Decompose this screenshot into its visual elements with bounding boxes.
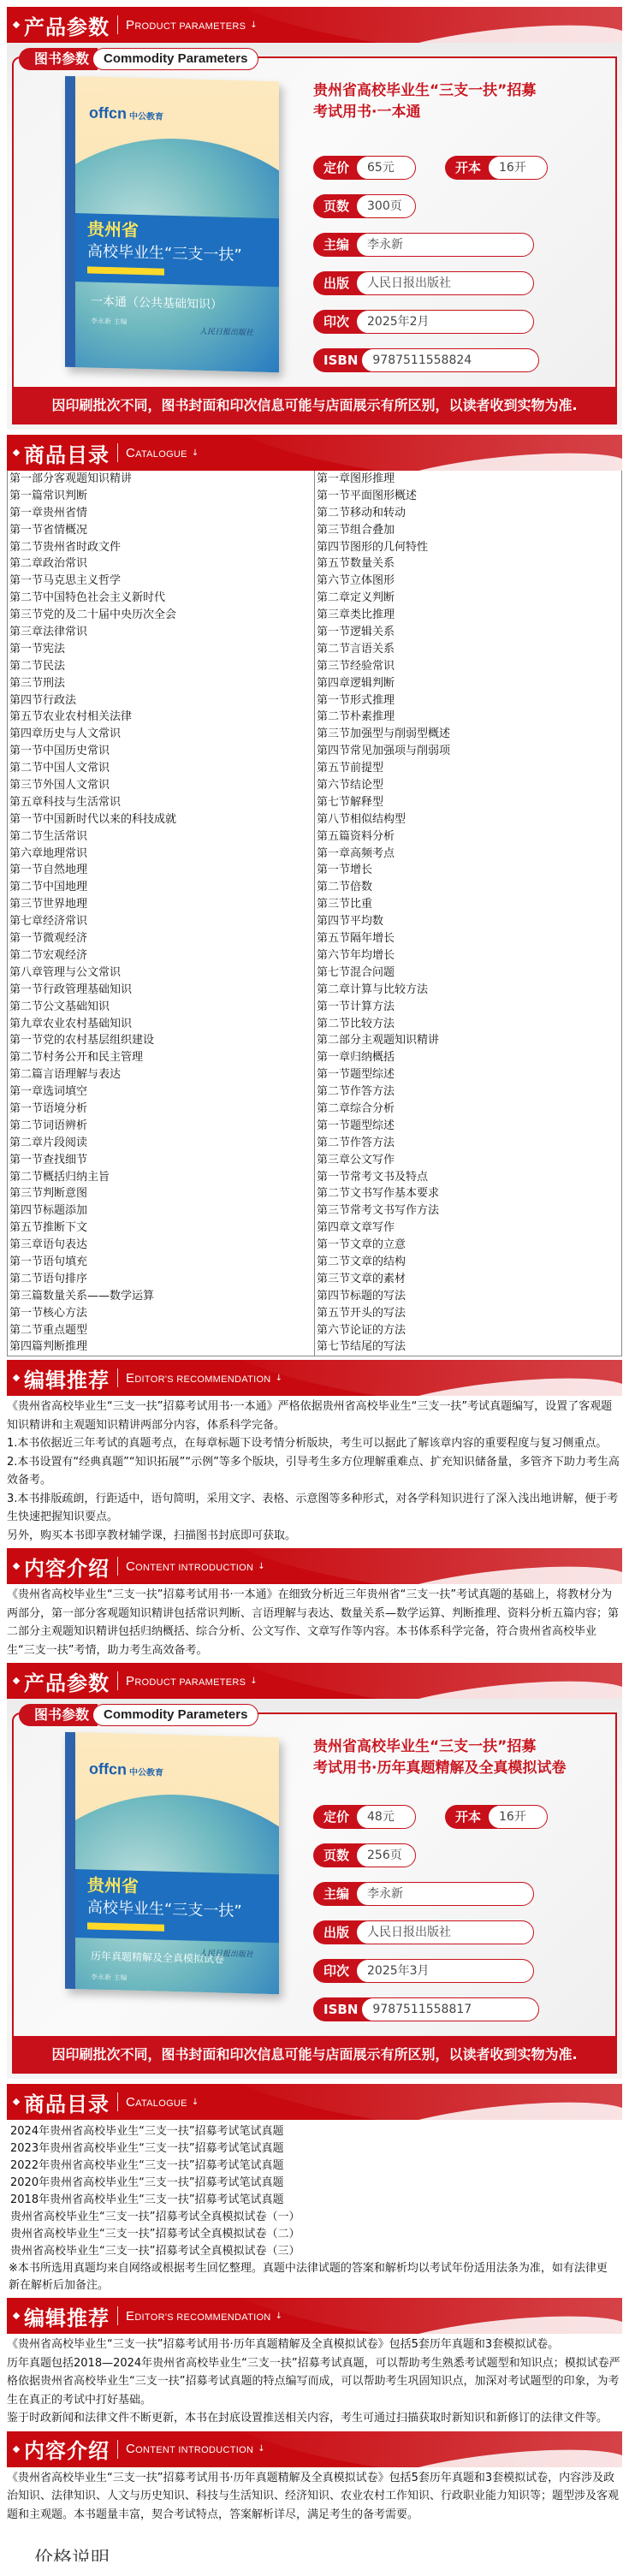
catalogue-item: 第四节常见加强项与削弱项	[315, 743, 621, 760]
cover-editor: 李永新 主编	[91, 1973, 128, 1983]
catalogue-item: 第三节外国人文常识	[8, 777, 314, 794]
catalogue-item: 第五节隔年增长	[315, 930, 621, 947]
catalogue-item: 第一节马克思主义哲学	[8, 573, 314, 590]
paragraph: 2.本书设置有“经典真题”“知识拓展”“示例”等多个版块，引导考生多方位理解重难…	[7, 1453, 622, 1490]
catalogue-item: 第二节民法	[8, 658, 314, 675]
section-title-cn: 产品参数	[24, 1666, 110, 1696]
catalogue-item: 第五章科技与生活常识	[8, 794, 314, 811]
catalogue-item: 第五节开头的写法	[315, 1305, 621, 1322]
book-title: 贵州省高校毕业生“三支一扶”招募考试用书·历年真题精解及全真模拟试卷	[313, 1736, 598, 1779]
editor-recommendation-text: 《贵州省高校毕业生“三支一扶”招募考试用书·一本通》严格依据贵州省高校毕业生“三…	[7, 1396, 622, 1548]
product-params-panel: 图书参数 Commodity Parameters offcn中公教育 贵州省 …	[7, 43, 622, 430]
catalogue-item: 第四节行政法	[8, 692, 314, 709]
catalogue-item: 第一节平面图形概述	[315, 488, 621, 505]
divider	[117, 2092, 118, 2111]
catalogue-item: 第一节行政管理基础知识	[8, 982, 314, 999]
catalogue-item: 第一节语句填充	[8, 1254, 314, 1271]
catalogue-item: 第三节世界地理	[8, 896, 314, 913]
catalogue-item: 第二节贵州省时政文件	[8, 539, 314, 556]
catalogue-item: 第七节结尾的写法	[315, 1338, 621, 1356]
catalogue-item: 第二节中国人文常识	[8, 760, 314, 777]
param-print: 印次2025年2月	[313, 310, 598, 334]
catalogue-item: 第二节比较方法	[315, 1016, 621, 1033]
paragraph: 《贵州省高校毕业生“三支一扶”招募考试用书·一本通》在细致分析近三年贵州省“三支…	[7, 1586, 622, 1659]
catalogue-item: 第四节平均数	[315, 913, 621, 930]
diamond-bullet-icon	[13, 2312, 20, 2319]
catalogue-table: 第一部分客观题知识精讲第一篇常识判断第一章贵州省情第一节省情概况第二节贵州省时政…	[7, 471, 622, 1356]
catalogue-item: 第一节计算方法	[315, 999, 621, 1016]
catalogue-item: 第一节党的农村基层组织建设	[8, 1032, 314, 1049]
catalogue-item: 第五节农业农村相关法律	[8, 709, 314, 726]
book-info: 贵州省高校毕业生“三支一扶”招募考试用书·历年真题精解及全真模拟试卷 定价48元…	[279, 1735, 615, 2036]
catalogue-item: 2023年贵州省高校毕业生“三支一扶”招募考试笔试真题	[9, 2140, 622, 2158]
commodity-params-box: 图书参数 Commodity Parameters offcn中公教育 贵州省 …	[12, 1712, 617, 2074]
catalogue-item: 第二节村务公开和民主管理	[8, 1049, 314, 1066]
catalogue-item: 第一节中国历史常识	[8, 743, 314, 760]
param-publisher: 出版人民日报出版社	[313, 1920, 598, 1944]
content-introduction-text: 《贵州省高校毕业生“三支一扶”招募考试用书·一本通》在细致分析近三年贵州省“三支…	[7, 1584, 622, 1663]
catalogue-item: 第二节重点题型	[8, 1322, 314, 1339]
section-header-catalogue: 商品目录 CATALOGUE ↓	[7, 435, 622, 471]
paragraph: 历年真题包括2018—2024年贵州省高校毕业生“三支一扶”招募考试真题，可以帮…	[7, 2354, 622, 2410]
catalogue-item: 第一节查找细节	[8, 1152, 314, 1169]
catalogue-item: 第二节中国特色社会主义新时代	[8, 590, 314, 607]
section-title-cn: 内容介绍	[24, 2434, 110, 2464]
paragraph: 另外，购买本书即享教材辅学课，扫描图书封底即可获取。	[7, 1527, 622, 1546]
section-title-en: CONTENT INTRODUCTION	[126, 2442, 253, 2456]
catalogue-item: 第五节数量关系	[315, 555, 621, 573]
catalogue-item: 第六节论证的方法	[315, 1322, 621, 1339]
catalogue-item: 第一节省情概况	[8, 522, 314, 539]
content-introduction-text: 《贵州省高校毕业生“三支一扶”招募考试用书·历年真题精解及全真模拟试卷》包括5套…	[7, 2467, 622, 2528]
catalogue-item: 第一章图形推理	[315, 471, 621, 488]
catalogue-item: 第二节词语辨析	[8, 1118, 314, 1135]
catalogue-item: 第一章贵州省情	[8, 505, 314, 522]
catalogue-item: 第一节常考文书及特点	[315, 1169, 621, 1186]
catalogue-item: 2018年贵州省高校毕业生“三支一扶”招募考试笔试真题	[9, 2192, 622, 2209]
catalogue-item: 第八节相似结构型	[315, 811, 621, 828]
catalogue-item: 贵州省高校毕业生“三支一扶”招募考试全真模拟试卷（三）	[9, 2243, 622, 2260]
catalogue-item: 第二节语句排序	[8, 1271, 314, 1288]
catalogue-item: 第二节中国地理	[8, 879, 314, 896]
tag-cn: 图书参数	[19, 48, 98, 70]
catalogue-item: 第二节生活常识	[8, 828, 314, 846]
catalogue-item: 第三节组合叠加	[315, 522, 621, 539]
catalogue-item: 第二节作答方法	[315, 1083, 621, 1101]
section-header-product-params: 产品参数 PRODUCT PARAMETERS ↓	[7, 1663, 622, 1699]
price-explanation-heading: 价格说明	[34, 2544, 629, 2561]
catalogue-item: 第二节移动和转动	[315, 505, 621, 522]
commodity-params-box: 图书参数 Commodity Parameters offcn中公教育 贵州省 …	[12, 56, 617, 424]
book-title: 贵州省高校毕业生“三支一扶”招募考试用书·一本通	[313, 80, 598, 123]
catalogue-item: 第四篇判断推理	[8, 1338, 314, 1356]
catalogue-item: 第一节中国新时代以来的科技成就	[8, 811, 314, 828]
commodity-params-tag: 图书参数 Commodity Parameters	[19, 1704, 258, 1726]
param-price: 定价65元	[313, 156, 416, 180]
catalogue-item: 第三节党的及二十届中央历次全会	[8, 607, 314, 624]
diamond-bullet-icon	[13, 21, 20, 28]
param-format: 开本16开	[445, 156, 548, 180]
catalogue-item: 第一节文章的立意	[315, 1237, 621, 1254]
catalogue-item: 2022年贵州省高校毕业生“三支一扶”招募考试笔试真题	[9, 2158, 622, 2175]
catalogue-item: 第三节文章的素材	[315, 1271, 621, 1288]
arrow-down-icon: ↓	[276, 2312, 282, 2321]
section-title-en: CATALOGUE	[126, 2095, 187, 2110]
catalogue-item: 第三节比重	[315, 896, 621, 913]
arrow-down-icon: ↓	[250, 1677, 257, 1686]
paragraph: 3.本书排版疏朗，行距适中，语句简明，采用文字、表格、示意图等多种形式，对各学科…	[7, 1490, 622, 1527]
arrow-down-icon: ↓	[192, 2098, 199, 2107]
offcn-logo: offcn中公教育	[89, 104, 163, 123]
catalogue-item: 第三节常考文书写作方法	[315, 1202, 621, 1220]
catalogue-item: 第二节倍数	[315, 879, 621, 896]
arrow-down-icon: ↓	[192, 448, 199, 458]
catalogue-item: 第三节刑法	[8, 675, 314, 692]
book-info: 贵州省高校毕业生“三支一扶”招募考试用书·一本通 定价65元 开本16开 页数3…	[279, 79, 615, 387]
catalogue-item: 第一节自然地理	[8, 862, 314, 879]
section-header-catalogue: 商品目录 CATALOGUE ↓	[7, 2084, 622, 2120]
param-isbn: ISBN9787511558817	[313, 1997, 598, 2021]
divider	[117, 2440, 118, 2459]
catalogue-item: 第一节宪法	[8, 641, 314, 658]
catalogue-item: 第二节宏观经济	[8, 947, 314, 965]
param-publisher: 出版人民日报出版社	[313, 271, 598, 295]
section-title-en: CATALOGUE	[126, 446, 187, 460]
tag-en: Commodity Parameters	[92, 48, 258, 70]
catalogue-item: 第七章经济常识	[8, 913, 314, 930]
catalogue-item: 第三章语句表达	[8, 1237, 314, 1254]
catalogue-item: 第一章归纳概括	[315, 1049, 621, 1066]
catalogue-item: 第二章政治常识	[8, 555, 314, 573]
catalogue-item: 第四章逻辑判断	[315, 675, 621, 692]
divider	[117, 443, 118, 462]
catalogue-item: 第六节立体图形	[315, 573, 621, 590]
catalogue-item: 第二章定义判断	[315, 590, 621, 607]
catalogue-item: 第三节判断意图	[8, 1185, 314, 1202]
catalogue-item: 第七节混合问题	[315, 965, 621, 982]
catalogue-item: 第四节图形的几何特性	[315, 539, 621, 556]
catalogue-item: 第七节解释型	[315, 794, 621, 811]
divider	[117, 1671, 118, 1690]
diamond-bullet-icon	[13, 2446, 20, 2453]
catalogue-item: 第一节形式推理	[315, 692, 621, 709]
print-notice: 因印刷批次不同，图书封面和印次信息可能与店面展示有所区别，以读者收到实物为准.	[12, 2036, 617, 2074]
tag-cn: 图书参数	[19, 1704, 98, 1726]
param-price: 定价48元	[313, 1805, 416, 1829]
catalogue-item: 第四节标题的写法	[315, 1288, 621, 1305]
catalogue-item: 2020年贵州省高校毕业生“三支一扶”招募考试笔试真题	[9, 2175, 622, 2192]
catalogue-item: 第一节题型综述	[315, 1066, 621, 1083]
divider	[117, 1368, 118, 1387]
paragraph: 《贵州省高校毕业生“三支一扶”招募考试用书·历年真题精解及全真模拟试卷》包括5套…	[7, 2469, 622, 2525]
catalogue-column-right: 第一章图形推理第一节平面图形概述第二节移动和转动第三节组合叠加第四节图形的几何特…	[314, 471, 621, 1356]
catalogue-item: 第三章法律常识	[8, 624, 314, 641]
catalogue-item: 第三节经验常识	[315, 658, 621, 675]
cover-publisher: 人民日报出版社	[199, 325, 253, 338]
divider	[117, 1557, 118, 1576]
paragraph: 鉴于时政新闻和法律文件不断更新，本书在封底设置推送相关内容，考生可通过扫描获取时…	[7, 2409, 622, 2428]
editor-recommendation-text: 《贵州省高校毕业生“三支一扶”招募考试用书·历年真题精解及全真模拟试卷》包括5套…	[7, 2334, 622, 2431]
param-pages: 页数256页	[313, 1843, 598, 1867]
catalogue-item: 第一章高频考点	[315, 846, 621, 863]
catalogue-item: 第二节文书写作基本要求	[315, 1185, 621, 1202]
diamond-bullet-icon	[13, 1374, 20, 1381]
cover-editor: 李永新 主编	[91, 317, 128, 327]
divider	[117, 2306, 118, 2325]
diamond-bullet-icon	[13, 1677, 20, 1684]
catalogue-item: 第二节文章的结构	[315, 1254, 621, 1271]
product-params-panel: 图书参数 Commodity Parameters offcn中公教育 贵州省 …	[7, 1699, 622, 2079]
catalogue-item: 第三篇数量关系——数学运算	[8, 1288, 314, 1305]
catalogue-column-left: 第一部分客观题知识精讲第一篇常识判断第一章贵州省情第一节省情概况第二节贵州省时政…	[8, 471, 314, 1356]
param-editor: 主编李永新	[313, 233, 598, 257]
catalogue-item: 第五节推断下文	[8, 1220, 314, 1237]
offcn-logo: offcn中公教育	[89, 1760, 163, 1780]
catalogue-item: 第二节作答方法	[315, 1135, 621, 1152]
arrow-down-icon: ↓	[258, 1562, 264, 1571]
catalogue-item: 第四节标题添加	[8, 1202, 314, 1220]
catalogue-item: 第二节朴素推理	[315, 709, 621, 726]
tag-en: Commodity Parameters	[92, 1704, 258, 1726]
paragraph: 《贵州省高校毕业生“三支一扶”招募考试用书·历年真题精解及全真模拟试卷》包括5套…	[7, 2336, 622, 2354]
cover-province: 贵州省	[87, 1872, 139, 1898]
catalogue-item: 第六节年均增长	[315, 947, 621, 965]
catalogue-item: 第五节前提型	[315, 760, 621, 777]
catalogue-item: 第三章公文写作	[315, 1152, 621, 1169]
catalogue-item: 第二节言语关系	[315, 641, 621, 658]
arrow-down-icon: ↓	[276, 1374, 282, 1383]
catalogue-item: 2024年贵州省高校毕业生“三支一扶”招募考试笔试真题	[9, 2123, 622, 2140]
catalogue-item: 第一节微观经济	[8, 930, 314, 947]
catalogue-item: 第四章历史与人文常识	[8, 726, 314, 743]
catalogue-item: 第一节题型综述	[315, 1118, 621, 1135]
product-detail-page: 产品参数 PRODUCT PARAMETERS ↓ 图书参数 Commodity…	[0, 0, 629, 2561]
catalogue-item: 第三章类比推理	[315, 607, 621, 624]
section-title-en: PRODUCT PARAMETERS	[126, 1674, 246, 1689]
commodity-params-tag: 图书参数 Commodity Parameters	[19, 48, 258, 70]
section-header-editor-recommendation: 编辑推荐 EDITOR'S RECOMMENDATION ↓	[7, 2298, 622, 2334]
section-title-en: CONTENT INTRODUCTION	[126, 1559, 253, 1574]
catalogue-item: 第一节语境分析	[8, 1101, 314, 1118]
catalogue-item: 第二章综合分析	[315, 1101, 621, 1118]
catalogue-item: 贵州省高校毕业生“三支一扶”招募考试全真模拟试卷（二）	[9, 2226, 622, 2243]
catalogue-item: 第二篇言语理解与表达	[8, 1066, 314, 1083]
param-pages: 页数300页	[313, 194, 598, 218]
section-title-cn: 编辑推荐	[24, 1363, 110, 1393]
section-title-en: EDITOR'S RECOMMENDATION	[126, 2309, 271, 2324]
catalogue-item: 第一部分客观题知识精讲	[8, 471, 314, 488]
catalogue-item: 第三节加强型与削弱型概述	[315, 726, 621, 743]
cover-subtitle: 高校毕业生“三支一扶”	[87, 239, 242, 265]
catalogue-item: 第四章文章写作	[315, 1220, 621, 1237]
book-cover-image: offcn中公教育 贵州省 高校毕业生“三支一扶” 历年真题精解及全真模拟试卷 …	[56, 1735, 279, 2000]
catalogue-item: 第九章农业农村基础知识	[8, 1016, 314, 1033]
catalogue-list: 2024年贵州省高校毕业生“三支一扶”招募考试笔试真题2023年贵州省高校毕业生…	[7, 2120, 622, 2298]
diamond-bullet-icon	[13, 449, 20, 456]
section-title-cn: 编辑推荐	[24, 2301, 110, 2331]
diamond-bullet-icon	[13, 2098, 20, 2105]
catalogue-item: 第五篇资料分析	[315, 828, 621, 846]
section-header-content-introduction: 内容介绍 CONTENT INTRODUCTION ↓	[7, 1548, 622, 1584]
section-title-cn: 产品参数	[24, 10, 110, 40]
section-title-cn: 商品目录	[24, 438, 110, 468]
param-editor: 主编李永新	[313, 1882, 598, 1906]
catalogue-item: 第二部分主观题知识精讲	[315, 1032, 621, 1049]
section-header-product-params: 产品参数 PRODUCT PARAMETERS ↓	[7, 7, 622, 43]
catalogue-item: 第一章选词填空	[8, 1083, 314, 1101]
print-notice: 因印刷批次不同，图书封面和印次信息可能与店面展示有所区别，以读者收到实物为准.	[12, 387, 617, 424]
section-header-editor-recommendation: 编辑推荐 EDITOR'S RECOMMENDATION ↓	[7, 1360, 622, 1396]
catalogue-item: 第一节增长	[315, 862, 621, 879]
param-print: 印次2025年3月	[313, 1959, 598, 1983]
catalogue-item: 贵州省高校毕业生“三支一扶”招募考试全真模拟试卷（一）	[9, 2209, 622, 2226]
diamond-bullet-icon	[13, 1563, 20, 1570]
paragraph: 1.本书依据近三年考试的真题考点，在每章标题下设考情分析版块，考生可以据此了解该…	[7, 1434, 622, 1453]
catalogue-item: 第六章地理常识	[8, 846, 314, 863]
section-title-en: PRODUCT PARAMETERS	[126, 18, 246, 33]
catalogue-item: 第八章管理与公文常识	[8, 965, 314, 982]
catalogue-item: 第二节概括归纳主旨	[8, 1169, 314, 1186]
section-title-en: EDITOR'S RECOMMENDATION	[126, 1371, 271, 1386]
param-isbn: ISBN9787511558824	[313, 348, 598, 372]
arrow-down-icon: ↓	[250, 21, 257, 30]
cover-series: 一本通（公共基础知识）	[91, 293, 223, 313]
section-title-cn: 内容介绍	[24, 1552, 110, 1582]
catalogue-item: 第二节公文基础知识	[8, 999, 314, 1016]
catalogue-item: 第六节结论型	[315, 777, 621, 794]
catalogue-item: 第一节核心方法	[8, 1305, 314, 1322]
paragraph: 《贵州省高校毕业生“三支一扶”招募考试用书·一本通》严格依据贵州省高校毕业生“三…	[7, 1398, 622, 1434]
book-cover-image: offcn中公教育 贵州省 高校毕业生“三支一扶” 一本通（公共基础知识） 李永…	[56, 79, 279, 378]
cover-subtitle: 高校毕业生“三支一扶”	[87, 1896, 242, 1922]
arrow-down-icon: ↓	[258, 2444, 264, 2454]
catalogue-note: ※本书所选用真题均来自网络或根据考生回忆整理。真题中法律试题的答案和解析均以考试…	[9, 2260, 622, 2294]
divider	[117, 15, 118, 34]
catalogue-item: 第二章计算与比较方法	[315, 982, 621, 999]
catalogue-item: 第二章片段阅读	[8, 1135, 314, 1152]
section-header-content-introduction: 内容介绍 CONTENT INTRODUCTION ↓	[7, 2431, 622, 2467]
catalogue-item: 第一篇常识判断	[8, 488, 314, 505]
catalogue-item: 第一节逻辑关系	[315, 624, 621, 641]
param-format: 开本16开	[445, 1805, 548, 1829]
section-title-cn: 商品目录	[24, 2087, 110, 2117]
cover-province: 贵州省	[87, 215, 139, 241]
cover-publisher: 人民日报出版社	[199, 1947, 253, 1960]
